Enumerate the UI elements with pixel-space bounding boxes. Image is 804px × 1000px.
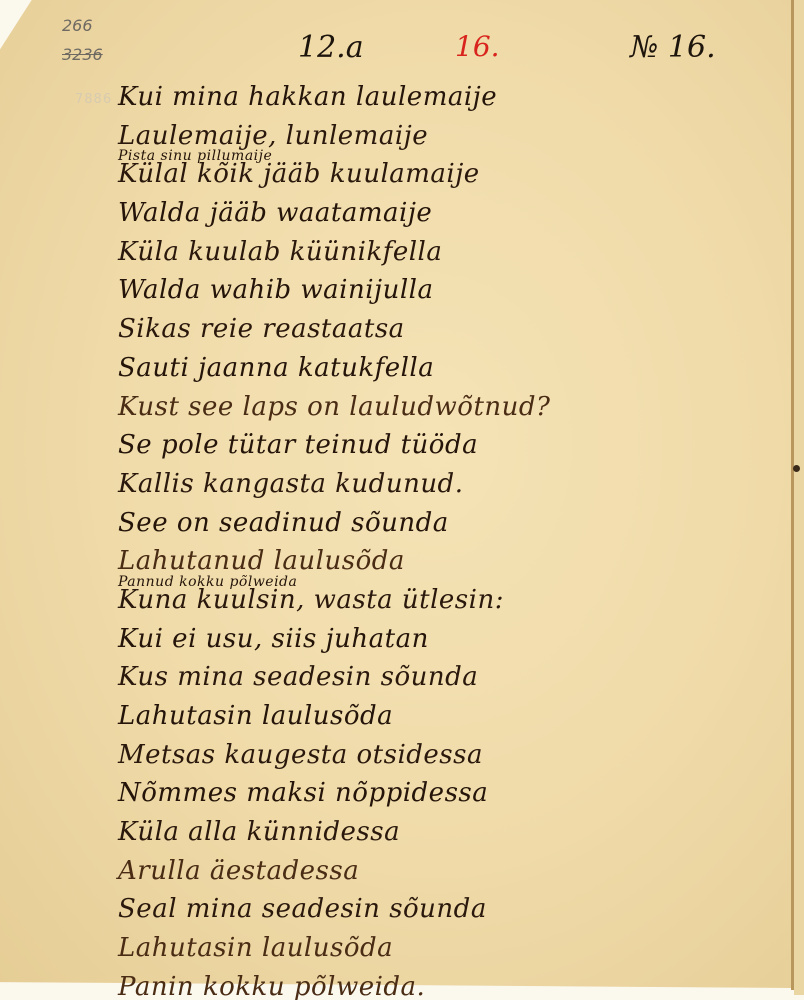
song-line: Lahutasin laulusõda — [118, 929, 778, 968]
song-line: Walda jääb waatamaije — [118, 194, 778, 233]
song-line: See on seadinud sõunda — [118, 504, 778, 543]
archive-stamp-faded: 7886 — [75, 92, 112, 107]
song-line: Nõmmes maksi nõppidessa — [118, 774, 778, 813]
song-text: Kui mina hakkan laulemaije Laulemaije, l… — [118, 78, 778, 1000]
song-line: Küla kuulab küünikfella — [118, 233, 778, 272]
song-line: Walda wahib wainijulla — [118, 271, 778, 310]
archive-number: 266 — [62, 16, 93, 35]
song-line: Kallis kangasta kudunud. — [118, 465, 778, 504]
song-line: Sauti jaanna katukfella — [118, 349, 778, 388]
song-line: Panin kokku põlweida. — [118, 968, 778, 1000]
page-edge — [794, 0, 804, 995]
binding-hole — [793, 465, 800, 472]
archive-number-struck: 3236 — [62, 45, 103, 64]
binding-fold — [791, 0, 794, 990]
song-line: Kui mina hakkan laulemaije — [118, 78, 778, 117]
page-number: 12.a — [298, 30, 364, 65]
song-line: Sikas reie reastaatsa — [118, 310, 778, 349]
song-line: Lahutasin laulusõda — [118, 697, 778, 736]
song-line: Küla alla künnidessa — [118, 813, 778, 852]
song-line: Kust see laps on lauludwõtnud? — [118, 388, 778, 427]
song-line: Metsas kaugesta otsidessa — [118, 736, 778, 775]
song-line: Arulla äestadessa — [118, 852, 778, 891]
song-line: Kus mina seadesin sõunda — [118, 658, 778, 697]
song-line: Kui ei usu, siis juhatan — [118, 620, 778, 659]
song-line: Seal mina seadesin sõunda — [118, 890, 778, 929]
song-line: Se pole tütar teinud tüöda — [118, 426, 778, 465]
song-number: № 16. — [630, 30, 716, 65]
red-ink-number: 16. — [455, 30, 500, 63]
